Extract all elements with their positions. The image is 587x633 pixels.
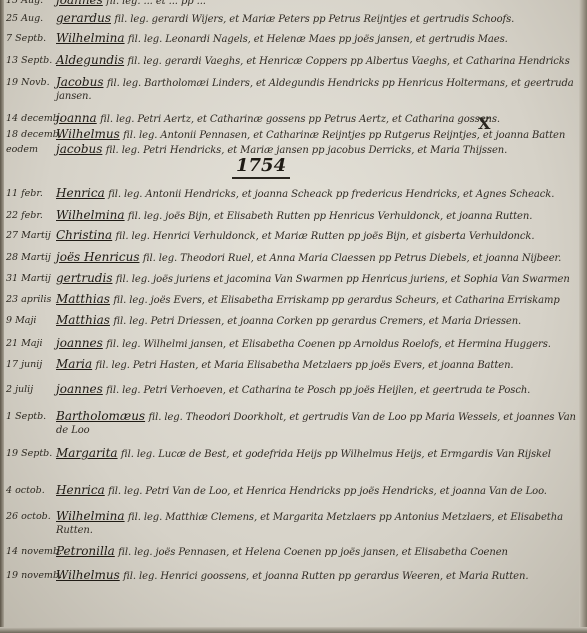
entry-details: fil. leg. Petri Hendricks, et Mariæ jans… [106,145,507,156]
entry-details: fil. leg. Lucæ de Best, et godefrida Hei… [121,449,551,460]
entry-details: fil. leg. Petri Verhoeven, et Catharina … [106,385,530,396]
entry-date: 23 aprilis [6,293,54,306]
child-name: Wilhelmina [56,208,125,222]
entry-date: 26 octob. [6,510,54,523]
entry-details: fil. leg. Henrici Verhuldonck, et Mariæ … [116,231,535,242]
entry-date: 31 Martij [6,272,54,285]
child-name: joannes [56,336,103,350]
entry-details: fil. leg. Petri Hasten, et Maria Elisabe… [96,360,514,371]
entry-details: fil. leg. joës Pennasen, et Helena Coene… [118,547,508,558]
child-name: Matthias [56,292,110,306]
child-name: Matthias [56,313,110,327]
child-name: joanna [56,111,97,125]
entry-date: 7 Septb. [6,32,54,45]
entry-details: fil. leg. Theodori Ruel, et Anna Maria C… [143,253,561,264]
entry-date: 4 octob. [6,484,54,497]
entry-details: fil. leg. Henrici goossens, et joanna Ru… [123,571,528,582]
entry-date: 25 Aug. [6,12,54,25]
page-left-edge [0,0,4,633]
entry-details: fil. leg. Petri Aertz, et Catharinæ goss… [100,114,500,125]
entry-date: 17 junij [6,358,54,371]
child-name: joës Henricus [56,250,140,264]
entry-date: 13 Septb. [6,54,54,67]
child-name: Wilhelmina [56,509,125,523]
entry-details: fil. leg. joës Evers, et Elisabetha Erri… [113,295,559,306]
child-name: Wilhelmina [56,31,125,45]
child-name: Wilhelmus [56,127,120,141]
page-bottom-edge [0,627,587,633]
child-name: jacobus [56,142,102,156]
entry-date: 19 Novb. [6,76,54,89]
margin-mark: X [478,114,490,133]
entry-details: fil. leg. Petri Driessen, et joanna Cork… [113,316,521,327]
entry-date: 27 Martij [6,229,54,242]
entry-date: 14 decemb. [6,112,54,125]
entry-details: fil. leg. Matthiæ Clemens, et Margarita … [56,512,563,536]
child-name: Bartholomæus [56,409,145,423]
child-name: Jacobus [56,75,103,89]
entry-details: fil. leg. ... et ... pp ... [106,0,206,7]
entry-details: fil. leg. Bartholomæi Linders, et Aldegu… [56,78,574,102]
entry-date: 9 Maji [6,314,54,327]
child-name: Wilhelmus [56,568,120,582]
child-name: Margarita [56,446,118,460]
child-name: Henrica [56,186,105,200]
entry-date: 15 Aug. [6,0,54,7]
year-heading: 1754 [232,155,290,179]
entry-date: 22 febr. [6,209,54,222]
child-name: Petronilla [56,544,115,558]
child-name: Christina [56,228,112,242]
child-name: gertrudis [56,271,112,285]
child-name: Henrica [56,483,105,497]
entry-details: fil. leg. joës juriens et jacomina Van S… [116,274,570,285]
register-page: 15 Aug. joannes fil. leg. ... et ... pp … [0,0,587,633]
entry-details: fil. leg. Antonii Pennasen, et Catharinæ… [123,130,565,141]
entry-date: 14 novemb. [6,545,54,558]
child-name: joannes [56,0,103,7]
entry-date: 21 Maji [6,337,54,350]
entry-date: 1 Septb. [6,410,54,423]
entry-details: fil. leg. joës Bijn, et Elisabeth Rutten… [128,211,532,222]
child-name: Aldegundis [56,53,124,67]
entry-date: 28 Martij [6,251,54,264]
entry-date: eodem [6,143,54,156]
entry-date: 19 Septb. [6,447,54,460]
entry-date: 11 febr. [6,187,54,200]
child-name: gerardus [56,11,111,25]
entry-date: 18 decemb. [6,128,54,141]
entry-details: fil. leg. Petri Van de Loo, et Henrica H… [108,486,547,497]
entry-details: fil. leg. gerardi Vaeghs, et Henricæ Cop… [127,56,569,67]
entry-date: 19 novemb. [6,569,54,582]
entry-details: fil. leg. Antonii Hendricks, et joanna S… [108,189,554,200]
entry-details: fil. leg. Leonardi Nagels, et Helenæ Mae… [128,34,508,45]
child-name: joannes [56,382,103,396]
page-right-edge [579,0,587,633]
entry-details: fil. leg. Wilhelmi jansen, et Elisabetha… [106,339,551,350]
entry-date: 2 julij [6,383,54,396]
child-name: Maria [56,357,92,371]
entry-details: fil. leg. gerardi Wijers, et Mariæ Peter… [114,14,514,25]
